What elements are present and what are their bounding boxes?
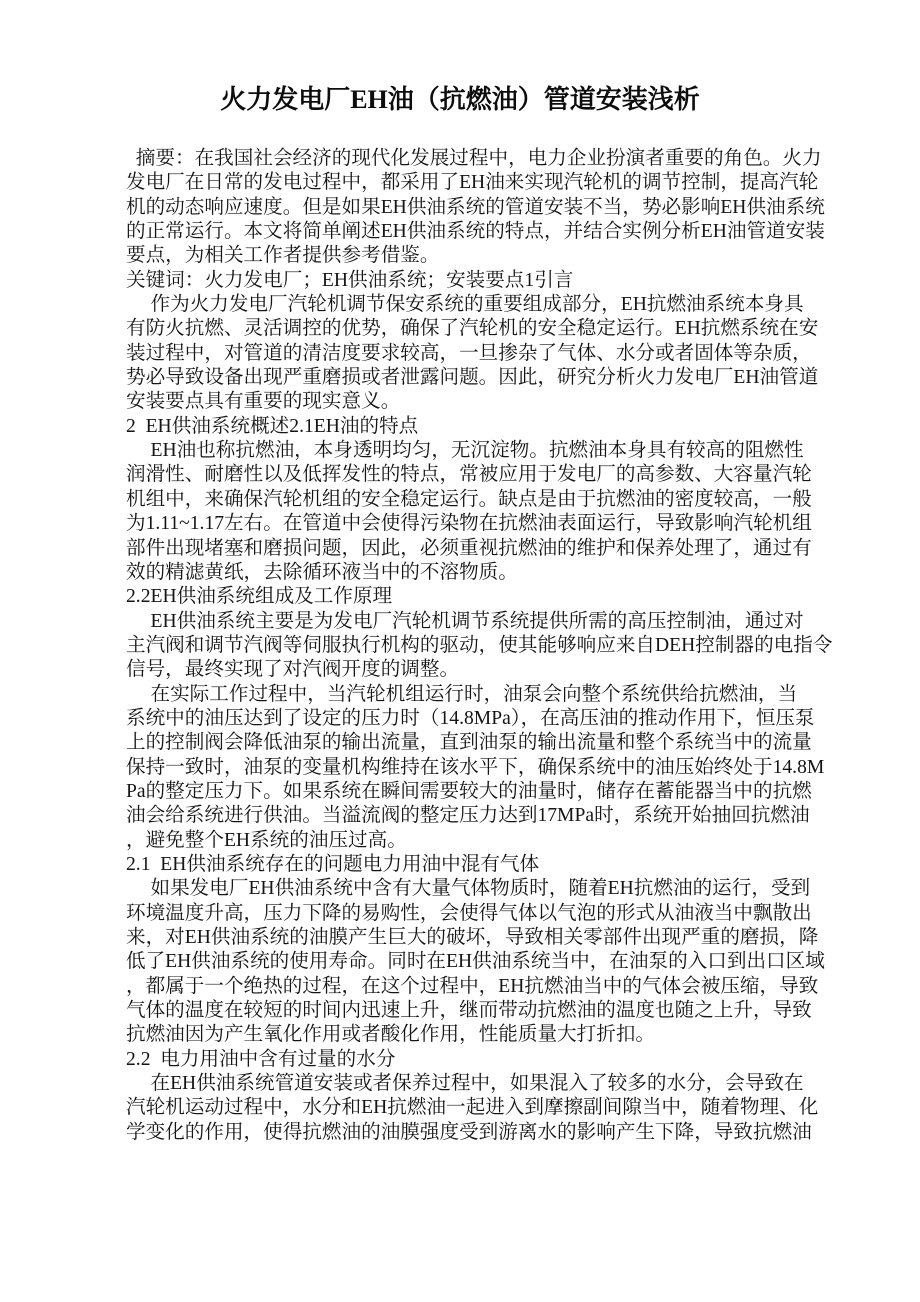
text-line: 摘要：在我国社会经济的现代化发展过程中，电力企业扮演者重要的角色。火力 [126,147,802,171]
document-body: 摘要：在我国社会经济的现代化发展过程中，电力企业扮演者重要的角色。火力 发电厂在… [126,147,802,1145]
text-line: 保持一致时，油泵的变量机构维持在该水平下，确保系统中的油压始终处于14.8M [126,756,802,780]
text-line: 机的动态响应速度。但是如果EH供油系统的管道安装不当，势必影响EH供油系统 [126,196,802,220]
text-line: 抗燃油因为产生氧化作用或者酸化作用，性能质量大打折扣。 [126,1023,802,1047]
text-line: 润滑性、耐磨性以及低挥发性的特点，常被应用于发电厂的高参数、大容量汽轮 [126,463,802,487]
text-line: EH供油系统主要是为发电厂汽轮机调节系统提供所需的高压控制油，通过对 [126,610,802,634]
text-line: 安装要点具有重要的现实意义。 [126,390,802,414]
text-line: Pa的整定压力下。如果系统在瞬间需要较大的油量时，储存在蓄能器当中的抗燃 [126,780,802,804]
text-line: EH油也称抗燃油，本身透明均匀，无沉淀物。抗燃油本身具有较高的阻燃性 [126,439,802,463]
keywords-line: 关键词：火力发电厂；EH供油系统；安装要点1引言 [126,269,802,293]
text-line: 要点，为相关工作者提供参考借鉴。 [126,244,802,268]
text-line: 有防火抗燃、灵活调控的优势，确保了汽轮机的安全稳定运行。EH抗燃系统在安 [126,317,802,341]
text-line: 效的精滤黄纸，去除循环液当中的不溶物质。 [126,561,802,585]
text-line: 上的控制阀会降低油泵的输出流量，直到油泵的输出流量和整个系统当中的流量 [126,731,802,755]
text-line: 学变化的作用，使得抗燃油的油膜强度受到游离水的影响产生下降，导致抗燃油 [126,1121,802,1145]
text-line: 部件出现堵塞和磨损问题，因此，必须重视抗燃油的维护和保养处理了，通过有 [126,537,802,561]
text-line: 在EH供油系统管道安装或者保养过程中，如果混入了较多的水分，会导致在 [126,1072,802,1096]
text-line: 油会给系统进行供油。当溢流阀的整定压力达到17MPa时，系统开始抽回抗燃油 [126,804,802,828]
section-heading: 2 EH供油系统概述2.1EH油的特点 [126,415,802,439]
text-line: 来，对EH供油系统的油膜产生巨大的破坏，导致相关零部件出现严重的磨损，降 [126,926,802,950]
document-page: 火力发电厂EH油（抗燃油）管道安装浅析 摘要：在我国社会经济的现代化发展过程中，… [0,0,920,1302]
text-line: 如果发电厂EH供油系统中含有大量气体物质时，随着EH抗燃油的运行，受到 [126,877,802,901]
text-line: 机组中，来确保汽轮机组的安全稳定运行。缺点是由于抗燃油的密度较高，一般 [126,488,802,512]
document-title: 火力发电厂EH油（抗燃油）管道安装浅析 [0,82,920,118]
section-heading: 2.1 EH供油系统存在的问题电力用油中混有气体 [126,853,802,877]
text-line: 在实际工作过程中，当汽轮机组运行时，油泵会向整个系统供给抗燃油，当 [126,683,802,707]
text-line: 势必导致设备出现严重磨损或者泄露问题。因此，研究分析火力发电厂EH油管道 [126,366,802,390]
text-line: 作为火力发电厂汽轮机调节保安系统的重要组成部分，EH抗燃油系统本身具 [126,293,802,317]
text-line: ，避免整个EH系统的油压过高。 [126,829,802,853]
text-line: 系统中的油压达到了设定的压力时（14.8MPa），在高压油的推动作用下，恒压泵 [126,707,802,731]
text-line: 信号，最终实现了对汽阀开度的调整。 [126,658,802,682]
text-line: 的正常运行。本文将简单阐述EH供油系统的特点，并结合实例分析EH油管道安装 [126,220,802,244]
text-line: 装过程中，对管道的清洁度要求较高，一旦掺杂了气体、水分或者固体等杂质， [126,342,802,366]
text-line: 发电厂在日常的发电过程中，都采用了EH油来实现汽轮机的调节控制，提高汽轮 [126,171,802,195]
text-line: 汽轮机运动过程中，水分和EH抗燃油一起进入到摩擦副间隙当中，随着物理、化 [126,1096,802,1120]
text-line: 低了EH供油系统的使用寿命。同时在EH供油系统当中，在油泵的入口到出口区域 [126,950,802,974]
text-line: 气体的温度在较短的时间内迅速上升，继而带动抗燃油的温度也随之上升，导致 [126,999,802,1023]
text-line: 主汽阀和调节汽阀等伺服执行机构的驱动，使其能够响应来自DEH控制器的电指令 [126,634,802,658]
section-heading: 2.2EH供油系统组成及工作原理 [126,585,802,609]
text-line: 为1.11~1.17左右。在管道中会使得污染物在抗燃油表面运行，导致影响汽轮机组 [126,512,802,536]
text-line: 环境温度升高，压力下降的易购性，会使得气体以气泡的形式从油液当中飘散出 [126,902,802,926]
section-heading: 2.2 电力用油中含有过量的水分 [126,1048,802,1072]
text-line: ，都属于一个绝热的过程，在这个过程中，EH抗燃油当中的气体会被压缩，导致 [126,975,802,999]
